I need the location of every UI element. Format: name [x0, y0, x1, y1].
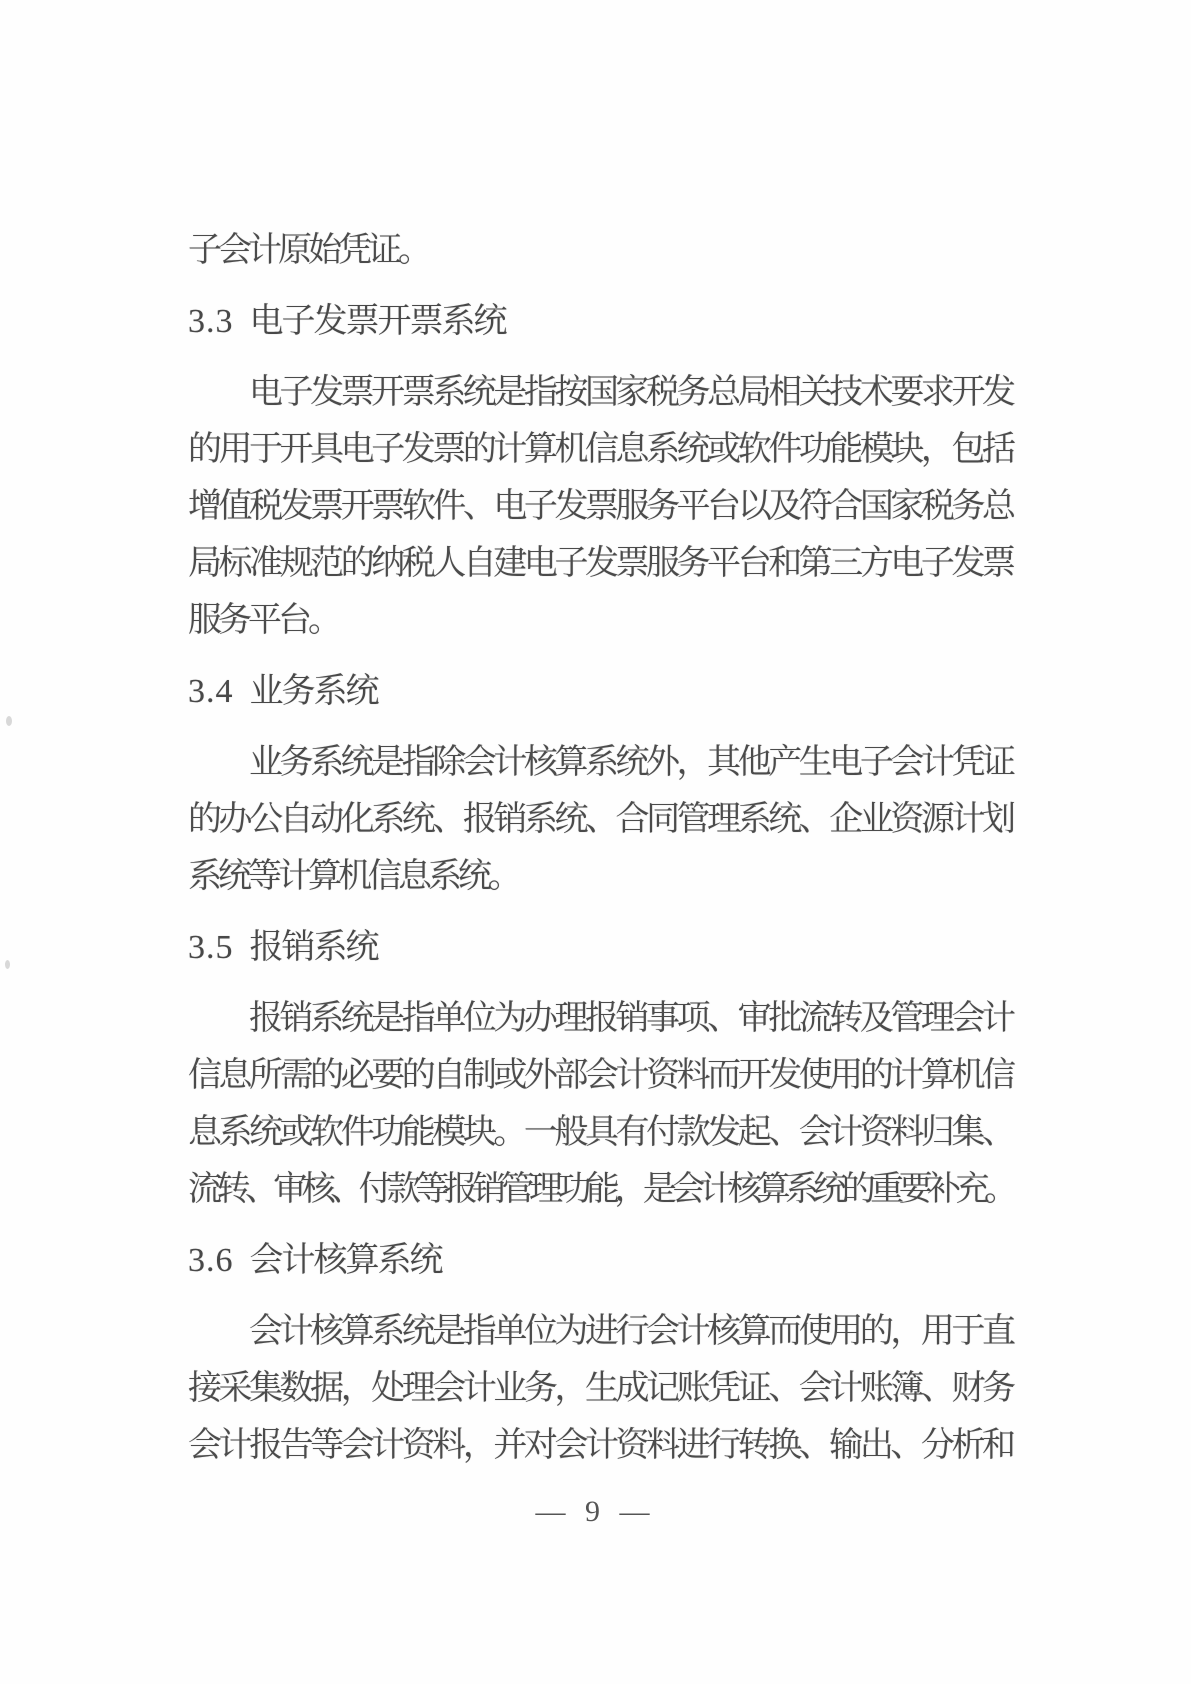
section-number: 3.4	[188, 673, 234, 710]
section-heading-3-6: 3.6会计核算系统	[188, 1232, 1012, 1289]
body-line: 报销系统是指单位为办理报销事项、审批流转及管理会计	[188, 990, 1012, 1047]
continuation-line: 子会计原始凭证。	[188, 222, 1012, 279]
section-paragraph-3-3: 电子发票开票系统是指按国家税务总局相关技术要求开发 的用于开具电子发票的计算机信…	[188, 364, 1012, 649]
section-paragraph-3-4: 业务系统是指除会计核算系统外，其他产生电子会计凭证 的办公自动化系统、报销系统、…	[188, 734, 1012, 905]
scan-artifact	[6, 716, 12, 726]
body-line: 局标准规范的纳税人自建电子发票服务平台和第三方电子发票	[188, 535, 1012, 592]
body-line: 电子发票开票系统是指按国家税务总局相关技术要求开发	[188, 364, 1012, 421]
section-paragraph-3-5: 报销系统是指单位为办理报销事项、审批流转及管理会计 信息所需的必要的自制或外部会…	[188, 990, 1012, 1218]
body-line: 的办公自动化系统、报销系统、合同管理系统、企业资源计划	[188, 791, 1012, 848]
body-line: 增值税发票开票软件、电子发票服务平台以及符合国家税务总	[188, 478, 1012, 535]
section-number: 3.3	[188, 303, 234, 340]
section-heading-3-4: 3.4业务系统	[188, 663, 1012, 720]
body-line: 业务系统是指除会计核算系统外，其他产生电子会计凭证	[188, 734, 1012, 791]
page-content: 子会计原始凭证。 3.3电子发票开票系统 电子发票开票系统是指按国家税务总局相关…	[188, 222, 1012, 1474]
body-line: 接采集数据，处理会计业务，生成记账凭证、会计账簿、财务	[188, 1360, 1012, 1417]
body-line: 的用于开具电子发票的计算机信息系统或软件功能模块，包括	[188, 421, 1012, 478]
page-number: — 9 —	[0, 1492, 1191, 1532]
body-line: 服务平台。	[188, 592, 1012, 649]
section-title: 报销系统	[250, 929, 378, 966]
section-title: 电子发票开票系统	[250, 303, 506, 340]
section-heading-3-3: 3.3电子发票开票系统	[188, 293, 1012, 350]
scan-artifact	[5, 960, 10, 969]
body-line: 会计核算系统是指单位为进行会计核算而使用的，用于直	[188, 1303, 1012, 1360]
body-line: 息系统或软件功能模块。一般具有付款发起、会计资料归集、	[188, 1104, 1012, 1161]
body-line: 信息所需的必要的自制或外部会计资料而开发使用的计算机信	[188, 1047, 1012, 1104]
body-line: 流转、审核、付款等报销管理功能，是会计核算系统的重要补充。	[188, 1161, 1012, 1218]
body-line: 系统等计算机信息系统。	[188, 848, 1012, 905]
section-heading-3-5: 3.5报销系统	[188, 919, 1012, 976]
section-number: 3.5	[188, 929, 234, 966]
section-number: 3.6	[188, 1242, 234, 1279]
section-title: 会计核算系统	[250, 1242, 442, 1279]
body-line: 会计报告等会计资料，并对会计资料进行转换、输出、分析和	[188, 1417, 1012, 1474]
document-page: 子会计原始凭证。 3.3电子发票开票系统 电子发票开票系统是指按国家税务总局相关…	[0, 0, 1191, 1684]
section-title: 业务系统	[250, 673, 378, 710]
section-paragraph-3-6: 会计核算系统是指单位为进行会计核算而使用的，用于直 接采集数据，处理会计业务，生…	[188, 1303, 1012, 1474]
